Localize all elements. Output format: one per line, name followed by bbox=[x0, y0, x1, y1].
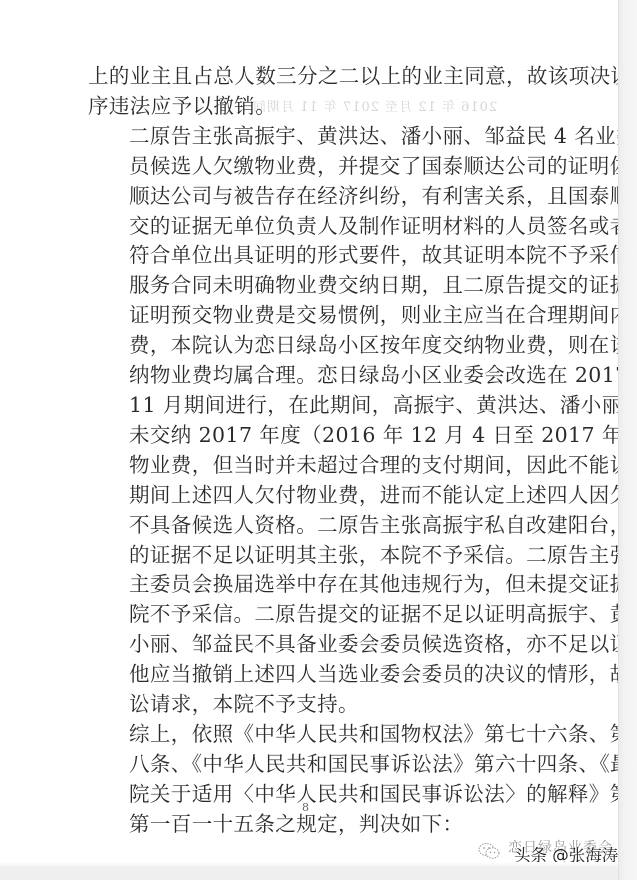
watermark-source-label: 头条 @张海涛 bbox=[514, 842, 618, 866]
page-number: 8 bbox=[302, 801, 309, 814]
text-line: 讼请求，本院不予支持。 bbox=[88, 690, 524, 720]
text-line: 11 月期间进行，在此期间，高振宇、黄洪达、潘小丽、邹益民虽 bbox=[88, 391, 524, 421]
text-line: 顺达公司与被告存在经济纠纷，有利害关系，且国泰顺达公司提 bbox=[88, 182, 524, 212]
text-line: 员候选人欠缴物业费，并提交了国泰顺达公司的证明佐证。国泰 bbox=[88, 152, 524, 182]
text-line: 八条、《中华人民共和国民事诉讼法》第六十四条、《最高人民法 bbox=[88, 750, 524, 780]
text-line: 主委员会换届选举中存在其他违规行为，但未提交证据证明，本 bbox=[88, 570, 524, 600]
text-line: 的证据不足以证明其主张，本院不予采信。二原告主张被告在业 bbox=[88, 541, 524, 571]
text-line: 纳物业费均属合理。恋日绿岛小区业委会改选在 2017 年 7 月至 bbox=[88, 361, 524, 391]
text-line: 费，本院认为恋日绿岛小区按年度交纳物业费，则在该年度内交 bbox=[88, 331, 524, 361]
document-page: 2016 年 12 月至 2017 年 11 月期间 上的业主且占总人数三分之二… bbox=[0, 0, 618, 868]
text-line: 二原告主张高振宇、黄洪达、潘小丽、邹益民 4 名业委会委 bbox=[88, 122, 524, 152]
watermark: 恋日绿岛业委会 头条 @张海涛 bbox=[478, 840, 630, 862]
text-line: 序违法应予以撤销。 bbox=[88, 92, 524, 122]
text-line: 不具备候选人资格。二原告主张高振宇私自改建阳台，但其提交 bbox=[88, 511, 524, 541]
scan-edge-right bbox=[618, 0, 637, 880]
text-line: 服务合同未明确物业费交纳日期，且二原告提交的证据亦不足以 bbox=[88, 271, 524, 301]
paragraph: 综上，依照《中华人民共和国物权法》第七十六条、第七十八条、《中华人民共和国民事诉… bbox=[88, 720, 524, 840]
paragraph: 二原告主张高振宇、黄洪达、潘小丽、邹益民 4 名业委会委员候选人欠缴物业费，并提… bbox=[88, 122, 524, 720]
text-line: 综上，依照《中华人民共和国物权法》第七十六条、第七十 bbox=[88, 720, 524, 750]
wechat-chat-bubble-icon bbox=[478, 842, 500, 860]
text-line: 证明预交物业费是交易惯例，则业主应当在合理期间内交纳物业 bbox=[88, 301, 524, 331]
text-line: 上的业主且占总人数三分之二以上的业主同意，故该项决议因程 bbox=[88, 62, 524, 92]
paragraph: 上的业主且占总人数三分之二以上的业主同意，故该项决议因程序违法应予以撤销。 bbox=[88, 62, 524, 122]
text-line: 交的证据无单位负责人及制作证明材料的人员签名或者盖章，不 bbox=[88, 212, 524, 242]
text-line: 未交纳 2017 年度（2016 年 12 月 4 日至 2017 年 12 月… bbox=[88, 421, 524, 451]
watermark-text: 恋日绿岛业委会 头条 @张海涛 bbox=[506, 840, 630, 862]
text-line: 第一百一十五条之规定，判决如下： bbox=[88, 810, 524, 840]
scan-edge-bottom bbox=[0, 868, 618, 880]
text-line: 期间上述四人欠付物业费，进而不能认定上述四人因欠付物业费 bbox=[88, 481, 524, 511]
judgment-body-text: 上的业主且占总人数三分之二以上的业主同意，故该项决议因程序违法应予以撤销。二原告… bbox=[88, 62, 524, 840]
text-line: 物业费，但当时并未超过合理的支付期间，因此不能认定在改选 bbox=[88, 451, 524, 481]
text-line: 符合单位出具证明的形式要件，故其证明本院不予采信。因物业 bbox=[88, 241, 524, 271]
text-line: 院不予采信。二原告提交的证据不足以证明高振宇、黄洪达、潘 bbox=[88, 600, 524, 630]
text-line: 他应当撤销上述四人当选业委会委员的决议的情形，故其相应诉 bbox=[88, 660, 524, 690]
text-line: 小丽、邹益民不具备业委会委员候选资格，亦不足以证明存在其 bbox=[88, 630, 524, 660]
